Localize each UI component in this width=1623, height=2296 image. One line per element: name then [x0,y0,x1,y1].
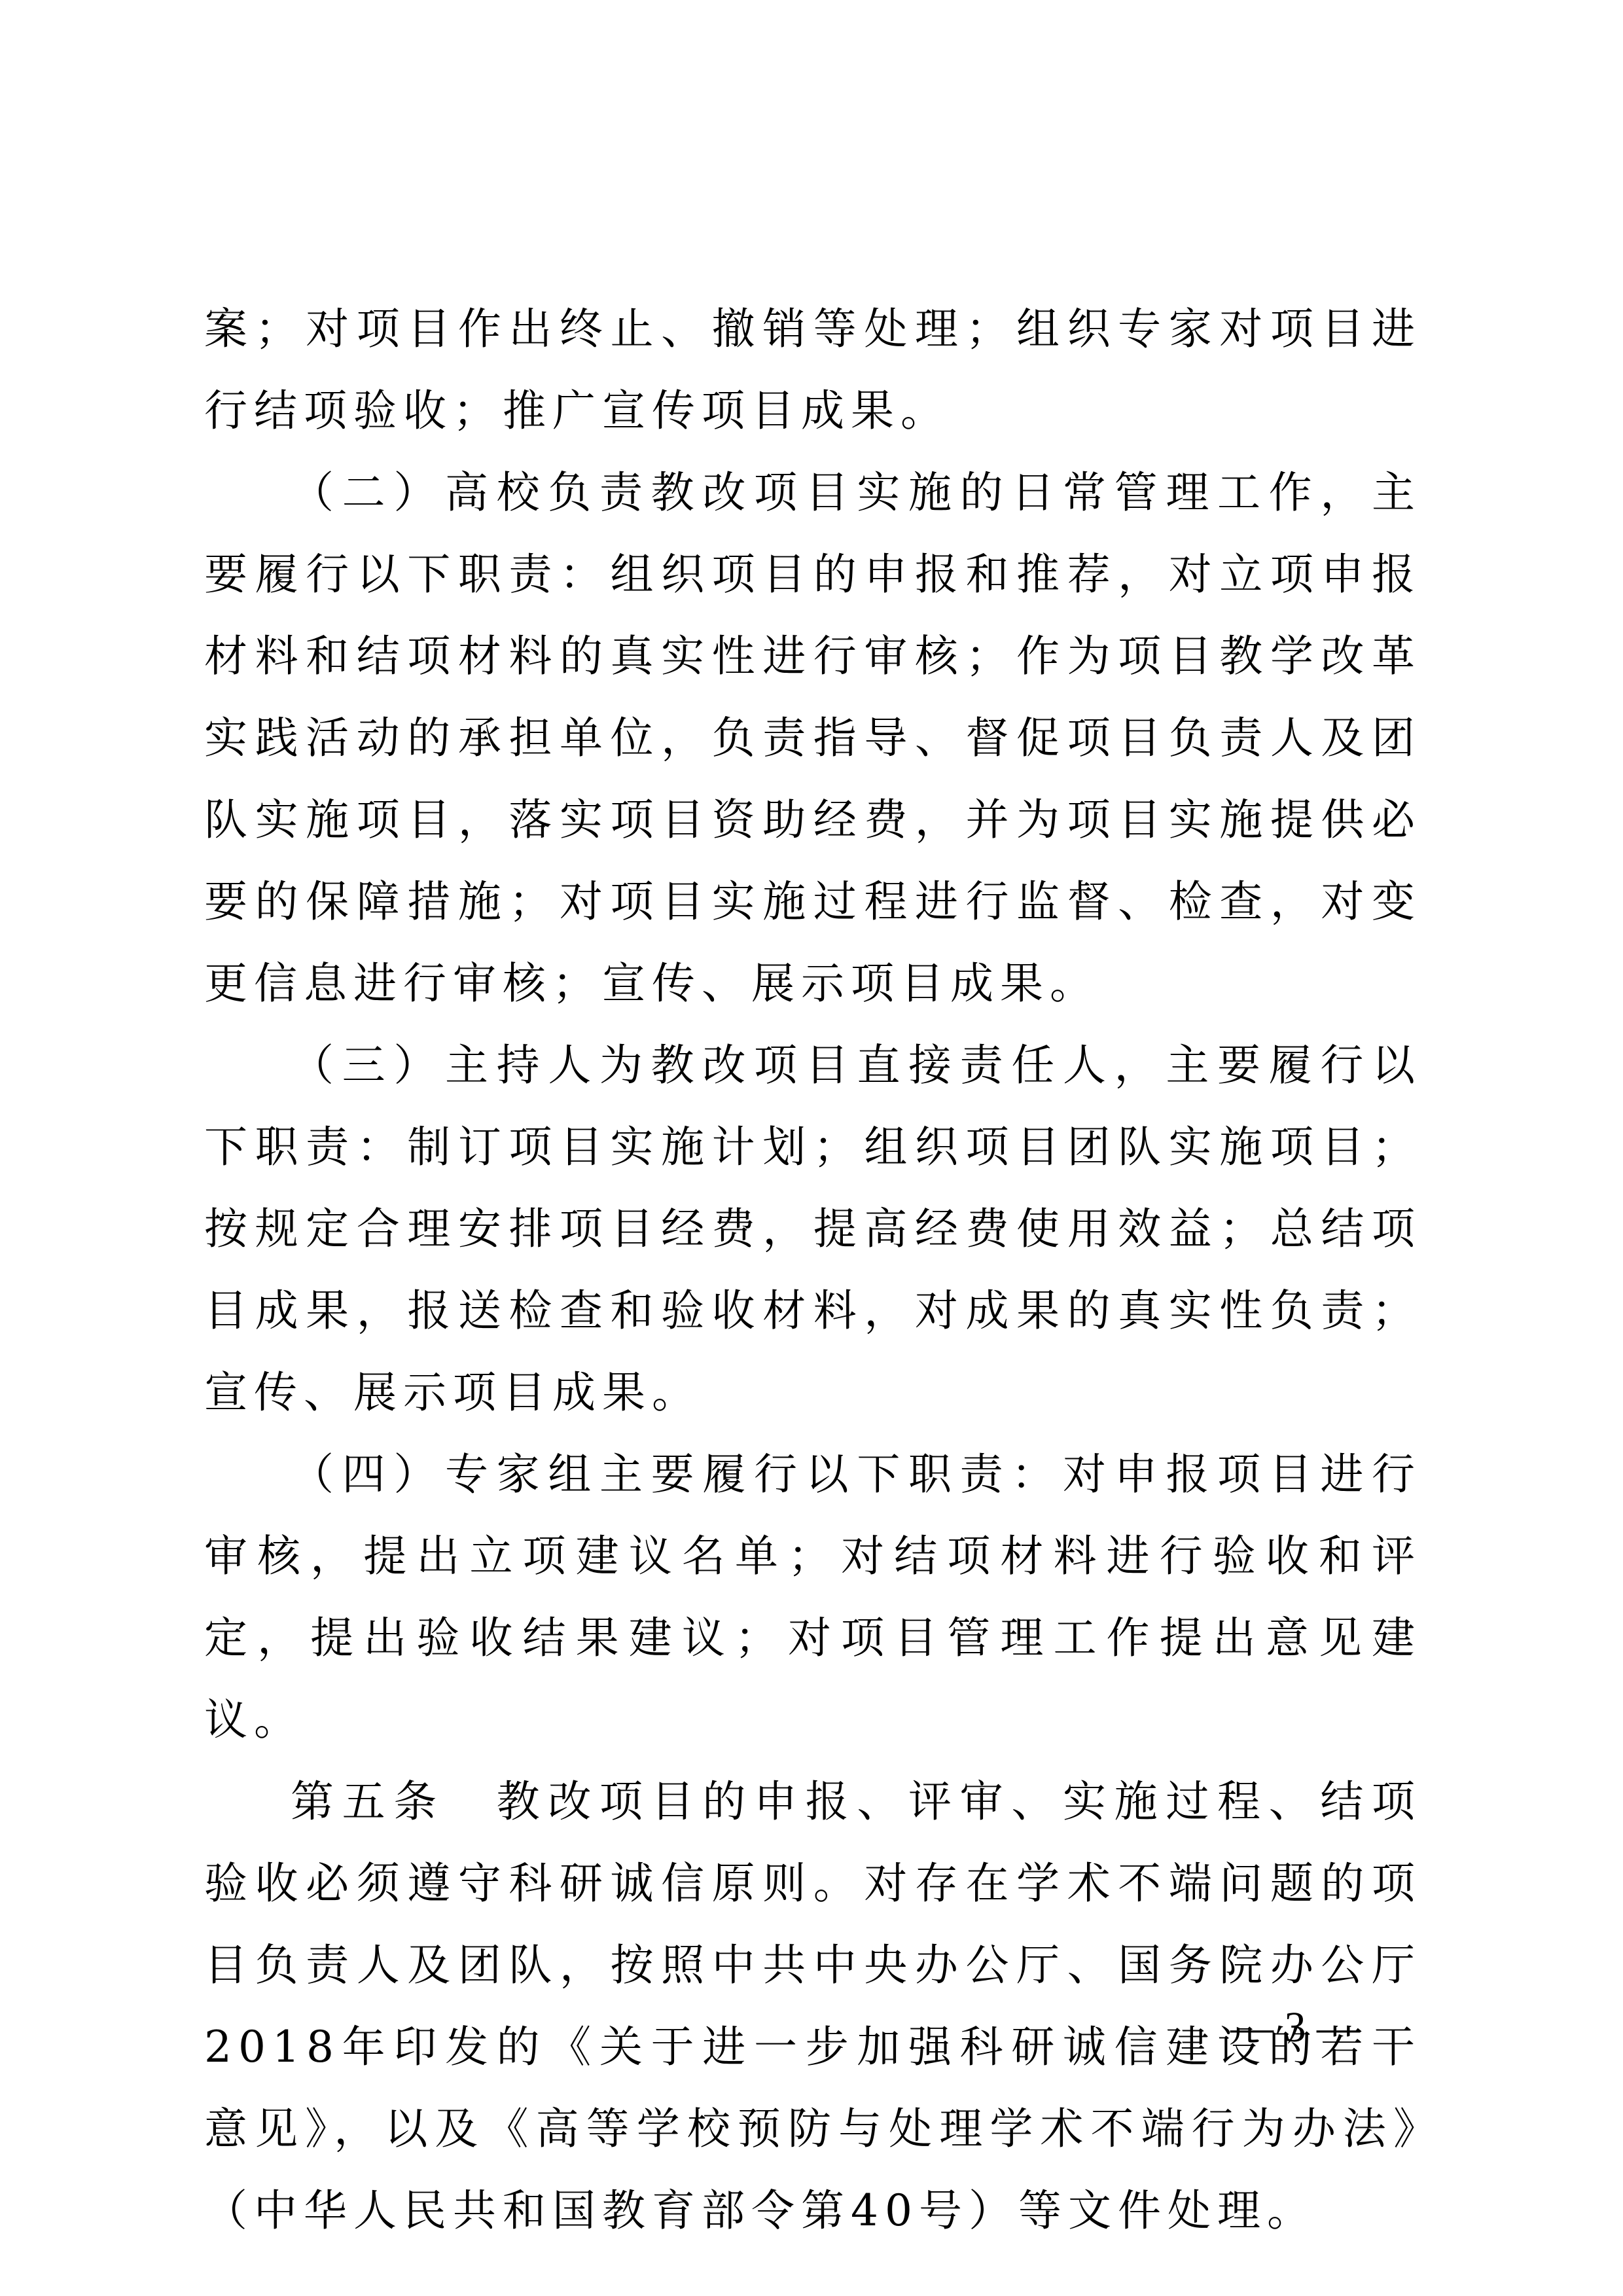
page-number: — 3 — [1230,2003,1360,2053]
paragraph-continuation: 案；对项目作出终止、撤销等处理；组织专家对项目进行结项验收；推广宣传项目成果。 [204,288,1421,452]
document-body: 案；对项目作出终止、撤销等处理；组织专家对项目进行结项验收；推广宣传项目成果。 … [204,288,1421,2251]
paragraph-university-duties: （二）高校负责教改项目实施的日常管理工作，主要履行以下职责：组织项目的申报和推荐… [204,452,1421,1024]
paragraph-expert-duties: （四）专家组主要履行以下职责：对申报项目进行审核，提出立项建议名单；对结项材料进… [204,1433,1421,1761]
document-page: 案；对项目作出终止、撤销等处理；组织专家对项目进行结项验收；推广宣传项目成果。 … [0,0,1623,2296]
paragraph-host-duties: （三）主持人为教改项目直接责任人，主要履行以下职责：制订项目实施计划；组织项目团… [204,1024,1421,1433]
